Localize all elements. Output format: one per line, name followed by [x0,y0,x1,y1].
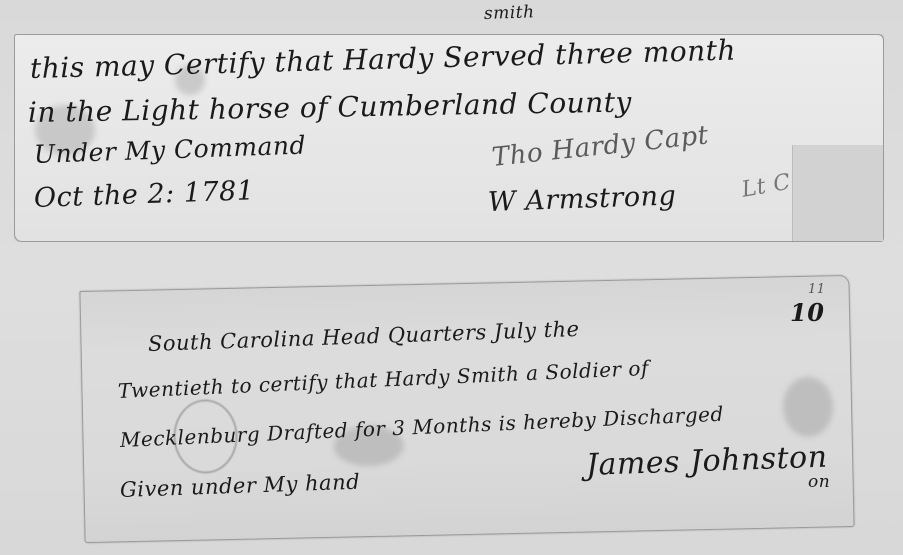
discharge-slip-bottom [79,275,854,543]
page-number: 10 [790,298,824,327]
page-number-mark: 11 [808,282,826,297]
signature-armstrong: W Armstrong [487,180,676,218]
interlinear-insert-text: smith [484,2,535,24]
ink-smudge [782,376,833,437]
torn-corner [792,145,883,241]
signature-suffix: on [808,472,830,492]
